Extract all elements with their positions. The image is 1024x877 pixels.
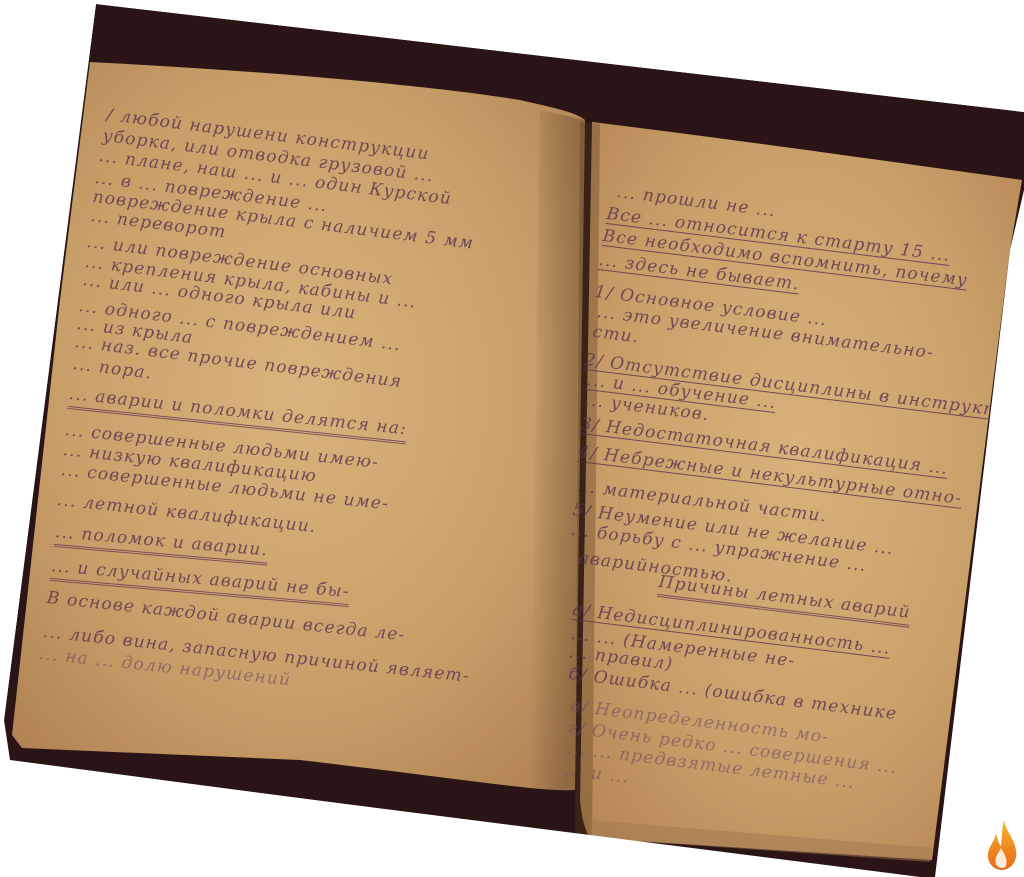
white-border	[0, 0, 1024, 877]
flame-icon	[984, 818, 1020, 872]
notebook-photo: / любой нарушени конструкции уборка, или…	[0, 0, 1024, 877]
